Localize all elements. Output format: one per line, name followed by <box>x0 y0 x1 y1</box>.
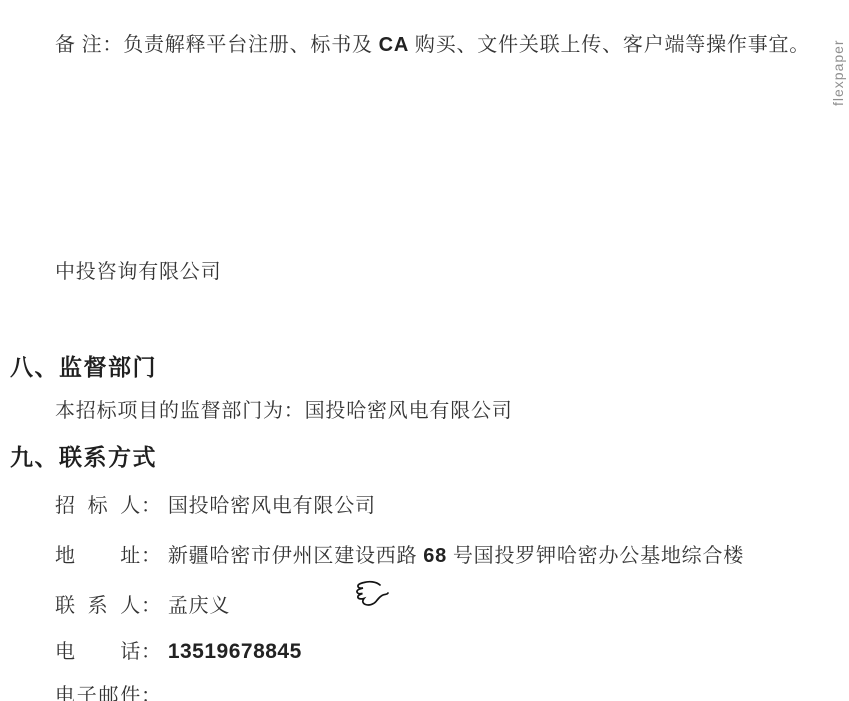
flexpaper-watermark: flexpaper <box>830 8 846 106</box>
note-text-prefix: 备 注：负责解释平台注册、标书及 <box>55 34 379 56</box>
phone-label: 电话 <box>55 641 141 664</box>
phone-colon: ： <box>141 641 162 664</box>
address-value-number: 68 <box>423 545 447 567</box>
address-label: 地址 <box>55 545 141 568</box>
email-label: 电子邮件 <box>55 685 141 701</box>
contact-row-person: 联系人：孟庆义 <box>55 595 230 618</box>
address-value-prefix: 新疆哈密市伊州区建设西路 <box>168 545 423 567</box>
note-text-ca: CA <box>379 34 410 56</box>
contact-row-bidder: 招标人：国投哈密风电有限公司 <box>55 495 376 518</box>
section-8-heading: 八、监督部门 <box>10 354 157 380</box>
person-value: 孟庆义 <box>168 595 230 617</box>
note-line: 备 注：负责解释平台注册、标书及 CA 购买、文件关联上传、客户端等操作事宜。 <box>55 34 810 57</box>
contact-row-address: 地址：新疆哈密市伊州区建设西路 68 号国投罗钾哈密办公基地综合楼 <box>55 545 744 568</box>
section-9-heading: 九、联系方式 <box>10 444 157 470</box>
document-page[interactable]: flexpaper 备 注：负责解释平台注册、标书及 CA 购买、文件关联上传、… <box>0 0 849 701</box>
person-label: 联系人 <box>55 595 141 618</box>
note-text-suffix: 购买、文件关联上传、客户端等操作事宜。 <box>409 34 810 56</box>
agency-name: 中投咨询有限公司 <box>55 261 221 284</box>
contact-row-phone: 电话：13519678845 <box>55 640 302 664</box>
contact-row-email: 电子邮件： <box>55 685 168 701</box>
bidder-value: 国投哈密风电有限公司 <box>168 495 376 517</box>
email-colon: ： <box>141 685 162 701</box>
hand-cursor-icon <box>349 579 391 613</box>
phone-value: 13519678845 <box>168 640 302 663</box>
section-8-body: 本招标项目的监督部门为：国投哈密风电有限公司 <box>55 400 513 423</box>
address-colon: ： <box>141 545 162 568</box>
person-colon: ： <box>141 595 162 618</box>
address-value-suffix: 号国投罗钾哈密办公基地综合楼 <box>447 545 744 567</box>
bidder-label: 招标人 <box>55 495 141 518</box>
bidder-colon: ： <box>141 495 162 518</box>
